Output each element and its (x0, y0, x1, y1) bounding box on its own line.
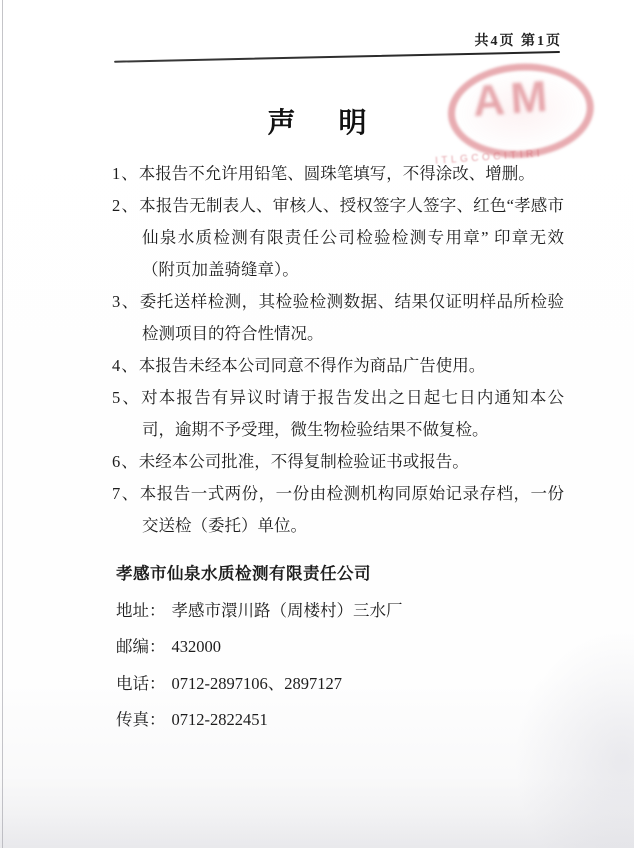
clause-number: 1、 (112, 164, 139, 183)
clause-number: 5、 (112, 388, 141, 407)
postcode-line: 邮编：432000 (116, 629, 556, 666)
page-indicator: 共4页 第1页 (475, 30, 563, 50)
clause-text: 本报告一式两份，一份由检测机构同原始记录存档，一份交送检（委托）单位。 (140, 484, 564, 535)
declaration-clauses: 1、本报告不允许用铅笔、圆珠笔填写，不得涂改、增删。 2、本报告无制表人、审核人… (112, 158, 564, 542)
clause-3: 3、委托送样检测，其检验检测数据、结果仅证明样品所检验检测项目的符合性情况。 (112, 286, 564, 350)
clause-1: 1、本报告不允许用铅笔、圆珠笔填写，不得涂改、增删。 (112, 158, 564, 190)
phone-value: 0712-2897106、2897127 (172, 674, 343, 693)
address-line: 地址：孝感市澴川路（周楼村）三水厂 (116, 593, 556, 630)
clause-number: 4、 (112, 356, 139, 375)
clause-6: 6、未经本公司批准，不得复制检验证书或报告。 (112, 446, 564, 478)
company-contact-block: 孝感市仙泉水质检测有限责任公司 地址：孝感市澴川路（周楼村）三水厂 邮编：432… (116, 556, 556, 739)
clause-number: 6、 (112, 452, 139, 471)
header-rule-line (114, 51, 560, 63)
clause-number: 3、 (112, 292, 140, 311)
address-label: 地址： (116, 601, 166, 620)
clause-7: 7、本报告一式两份，一份由检测机构同原始记录存档，一份交送检（委托）单位。 (112, 478, 564, 542)
fax-line: 传真：0712-2822451 (116, 702, 556, 739)
fax-value: 0712-2822451 (172, 710, 268, 729)
clause-2: 2、本报告无制表人、审核人、授权签字人签字、红色“孝感市仙泉水质检测有限责任公司… (112, 190, 564, 286)
company-name: 孝感市仙泉水质检测有限责任公司 (116, 556, 556, 593)
phone-line: 电话：0712-2897106、2897127 (116, 666, 556, 703)
scanned-document-page: 共4页 第1页 声 明 AM ITLGCOCITIRI 1、本报告不允许用铅笔、… (0, 0, 634, 848)
clause-text: 委托送样检测，其检验检测数据、结果仅证明样品所检验检测项目的符合性情况。 (140, 292, 564, 343)
phone-label: 电话： (116, 674, 166, 693)
scan-shadow-artifact (0, 778, 634, 848)
postcode-label: 邮编： (116, 637, 166, 656)
postcode-value: 432000 (172, 637, 222, 656)
clause-5: 5、对本报告有异议时请于报告发出之日起七日内通知本公司，逾期不予受理，微生物检验… (112, 382, 564, 446)
clause-text: 本报告不允许用铅笔、圆珠笔填写，不得涂改、增删。 (139, 164, 535, 183)
clause-text: 本报告无制表人、审核人、授权签字人签字、红色“孝感市仙泉水质检测有限责任公司检验… (139, 196, 564, 279)
address-value: 孝感市澴川路（周楼村）三水厂 (172, 601, 403, 620)
clause-text: 本报告未经本公司同意不得作为商品广告使用。 (139, 356, 486, 375)
clause-text: 对本报告有异议时请于报告发出之日起七日内通知本公司，逾期不予受理，微生物检验结果… (141, 388, 564, 439)
clause-number: 7、 (112, 484, 140, 503)
clause-number: 2、 (112, 196, 139, 215)
fax-label: 传真： (116, 710, 166, 729)
clause-4: 4、本报告未经本公司同意不得作为商品广告使用。 (112, 350, 564, 382)
page-title: 声 明 (0, 101, 634, 141)
clause-text: 未经本公司批准，不得复制检验证书或报告。 (139, 452, 469, 471)
